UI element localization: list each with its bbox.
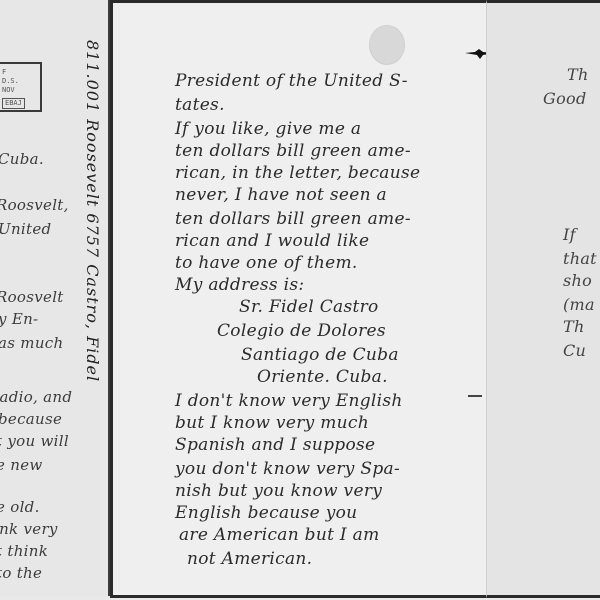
- handwritten-line: e old.: [0, 498, 40, 516]
- handwritten-line: that: [563, 249, 597, 268]
- handwritten-line: rican, in the letter, because: [175, 163, 420, 183]
- handwritten-line: t think: [0, 542, 48, 560]
- handwritten-line: e new: [0, 456, 43, 474]
- handwritten-line: (ma: [563, 295, 595, 314]
- handwritten-line: English because you: [175, 503, 357, 523]
- stamp-label: EBAJ: [2, 98, 25, 109]
- handwritten-line: ten dollars bill green ame-: [175, 209, 411, 229]
- faded-seal-mark: [369, 25, 405, 65]
- handwritten-line: If: [563, 225, 576, 244]
- handwritten-line: y En-: [0, 310, 38, 328]
- handwritten-line: t you will: [0, 432, 69, 450]
- handwritten-line: but I know very much: [175, 413, 369, 433]
- right-letter-page: Th Good If that sho (ma Th Cu: [486, 0, 600, 598]
- handwritten-line: you don't know very Spa-: [175, 459, 400, 479]
- handwritten-line: tates.: [175, 95, 225, 115]
- margin-dash-mark: [468, 395, 482, 397]
- handwritten-line: to the: [0, 564, 42, 582]
- address-line: Santiago de Cuba: [241, 345, 399, 365]
- handwritten-line: Spanish and I suppose: [175, 435, 375, 455]
- handwritten-line: Th: [567, 65, 589, 84]
- handwritten-line: as much: [0, 334, 63, 352]
- vertical-file-annotation: 811.001 Roosevelt 6757 Castro, Fidel: [83, 40, 102, 520]
- handwritten-line: Roosvelt: [0, 288, 64, 306]
- address-line: Oriente. Cuba.: [257, 367, 388, 387]
- handwritten-line: to have one of them.: [175, 253, 358, 273]
- handwritten-line: ten dollars bill green ame-: [175, 141, 411, 161]
- left-letter-page: F D.S. NOV EBAJ Cuba. Roosvelt, United R…: [0, 0, 110, 596]
- handwritten-line: ink very: [0, 520, 58, 538]
- handwritten-line: Th: [563, 317, 585, 336]
- handwritten-line: United: [0, 220, 51, 238]
- handwritten-line: Cuba.: [0, 150, 44, 168]
- handwritten-line: My address is:: [175, 275, 304, 295]
- handwritten-line: Roosvelt,: [0, 196, 69, 214]
- handwritten-line: If you like, give me a: [175, 119, 361, 139]
- address-line: Colegio de Dolores: [217, 321, 386, 341]
- handwritten-line: never, I have not seen a: [175, 185, 387, 205]
- handwritten-line: radio, and: [0, 388, 72, 406]
- handwritten-line: not American.: [187, 549, 312, 569]
- handwritten-line: Good: [543, 89, 587, 108]
- handwritten-line: I don't know very English: [175, 391, 403, 411]
- address-line: Sr. Fidel Castro: [239, 297, 379, 317]
- handwritten-line: are American but I am: [179, 525, 380, 545]
- handwritten-line: Cu: [563, 341, 586, 360]
- handwritten-line: President of the United S-: [175, 71, 408, 91]
- handwritten-line: sho: [563, 271, 592, 290]
- center-letter-page: President of the United S- tates. If you…: [110, 0, 489, 598]
- archive-stamp: F D.S. NOV EBAJ: [0, 62, 42, 112]
- handwritten-line: because: [0, 410, 62, 428]
- handwritten-line: nish but you know very: [175, 481, 382, 501]
- handwritten-line: rican and I would like: [175, 231, 369, 251]
